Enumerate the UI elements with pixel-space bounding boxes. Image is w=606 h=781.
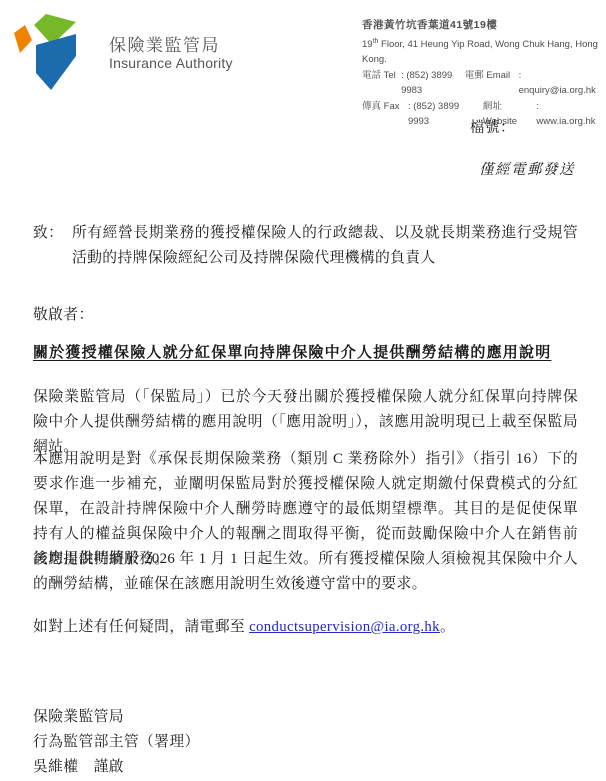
org-name-en: Insurance Authority [109,55,233,72]
recipient-label: 致： [33,221,72,271]
recipient-text: 所有經營長期業務的獲授權保險人的行政總裁、以及就長期業務進行受規管活動的持牌保險… [72,221,578,271]
ia-logo-text: 保險業監管局 Insurance Authority [109,36,233,72]
website-value: : www.ia.org.hk [536,99,598,130]
tel-value: : (852) 3899 9983 [401,68,465,99]
org-name-zh: 保險業監管局 [109,36,233,55]
ia-logo-mark [13,12,99,92]
body-paragraph-3: 該應用說明將於 2026 年 1 月 1 日起生效。所有獲授權保險人須檢視其保險… [33,547,578,597]
ia-logo: 保險業監管局 Insurance Authority [13,12,233,92]
fax-cell: 傳真 Fax : (852) 3899 9993 [362,99,483,130]
signature-org: 保險業監管局 [33,705,578,730]
salutation: 敬啟者： [33,303,578,328]
contact-line-post: 。 [440,619,455,635]
tel-email-row: 電話 Tel : (852) 3899 9983 電郵 Email : enqu… [362,68,598,99]
tel-cell: 電話 Tel : (852) 3899 9983 [362,68,465,99]
subject-line: 關於獲授權保險人就分紅保單向持牌保險中介人提供酬勞結構的應用說明 [33,341,578,366]
letter-page: 保險業監管局 Insurance Authority 香港黃竹坑香葉道41號19… [0,0,606,781]
address-zh: 香港黃竹坑香葉道41號19樓 [362,18,598,34]
signature-block: 保險業監管局 行為監管部主管（署理） 吳維權 謹啟 [33,705,578,780]
delivery-note: 僅經電郵發送 [479,158,575,179]
email-value: : enquiry@ia.org.hk [519,68,598,99]
signature-title: 行為監管部主管（署理） [33,730,578,755]
fax-label: 傳真 Fax [362,99,408,130]
tel-label: 電話 Tel [362,68,401,99]
email-label: 電郵 Email [465,68,519,99]
contact-line: 如對上述有任何疑問，請電郵至 conductsupervision@ia.org… [33,615,578,640]
recipient-block: 致： 所有經營長期業務的獲授權保險人的行政總裁、以及就長期業務進行受規管活動的持… [33,221,578,271]
address-en: 19th Floor, 41 Heung Yip Road, Wong Chuk… [362,34,598,68]
signature-name: 吳維權 謹啟 [33,755,578,780]
address-en-post: Floor, 41 Heung Yip Road, Wong Chuk Hang… [362,39,598,66]
address-en-pre: 19 [362,39,373,50]
letterhead-contact: 香港黃竹坑香葉道41號19樓 19th Floor, 41 Heung Yip … [362,18,598,130]
contact-line-pre: 如對上述有任何疑問，請電郵至 [33,619,249,635]
file-ref-label: 檔號： [470,116,515,137]
contact-email-link[interactable]: conductsupervision@ia.org.hk [249,619,440,635]
email-cell: 電郵 Email : enquiry@ia.org.hk [465,68,598,99]
